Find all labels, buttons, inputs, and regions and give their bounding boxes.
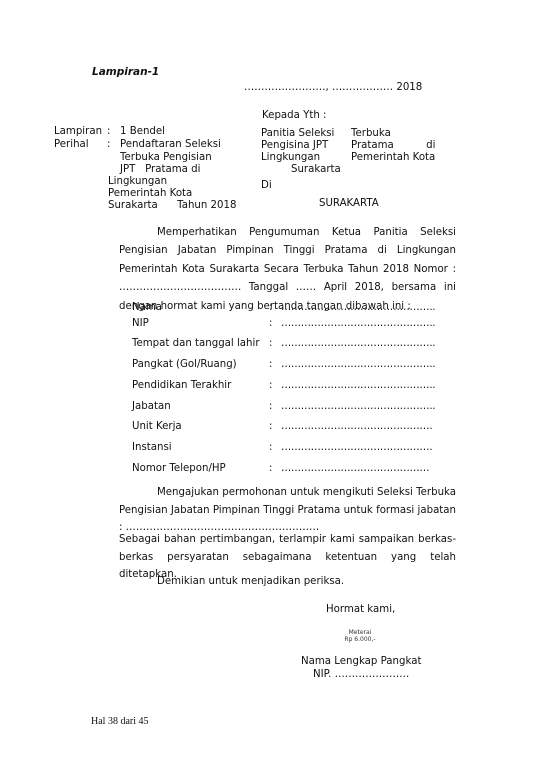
recipient-line: Pemerintah Kota xyxy=(351,152,435,163)
field-value: ……………………………………….. xyxy=(281,318,435,329)
body-paragraph-4: Demikian untuk menjadikan periksa. xyxy=(157,576,344,587)
field-value: ………………………………………. xyxy=(281,442,432,453)
signer-name: Nama Lengkap Pangkat xyxy=(301,656,421,667)
signer-nip: NIP. …………………. xyxy=(313,669,409,680)
field-colon: : xyxy=(269,463,272,474)
field-value: ………………………………………. xyxy=(281,421,432,432)
lampiran-label: Lampiran xyxy=(54,126,102,137)
recipient-line: Panitia Seleksi xyxy=(261,128,334,139)
recipient-line: Terbuka xyxy=(351,128,391,139)
lampiran-colon: : xyxy=(107,126,110,137)
meterai-amount: Rp 6.000,- xyxy=(340,636,380,643)
kepada-yth: Kepada Yth : xyxy=(262,110,326,121)
field-nama: Nama : ……………………………………….. xyxy=(132,302,432,316)
perihal-line: Surakarta Tahun 2018 xyxy=(108,200,237,211)
field-value: ……………………………………… xyxy=(281,463,429,474)
recipient-di: Di xyxy=(261,180,272,191)
document-title: Lampiran-1 xyxy=(92,66,159,78)
field-label: Pendidikan Terakhir xyxy=(132,380,231,391)
field-label: Nama xyxy=(132,302,162,313)
field-label: Unit Kerja xyxy=(132,421,182,432)
recipient-line: Lingkungan xyxy=(261,152,320,163)
perihal-line: Lingkungan xyxy=(108,176,167,187)
field-label: Jabatan xyxy=(132,401,171,412)
body-paragraph-2: Mengajukan permohonan untuk mengikuti Se… xyxy=(119,484,456,537)
perihal-line: Pemerintah Kota xyxy=(108,188,192,199)
recipient-line: Pengisina JPT xyxy=(261,140,328,151)
field-value: ……………………………………….. xyxy=(281,302,435,313)
field-colon: : xyxy=(269,442,272,453)
field-label: NIP xyxy=(132,318,149,329)
field-label: Instansi xyxy=(132,442,172,453)
field-tempat-tanggal-lahir: Tempat dan tanggal lahir : …………………………………… xyxy=(132,338,432,352)
meterai-label: Meterai xyxy=(340,629,380,636)
field-colon: : xyxy=(269,302,272,313)
recipient-line: Surakarta xyxy=(291,164,341,175)
perihal-colon: : xyxy=(107,139,110,150)
field-value: ……………………………………….. xyxy=(281,359,435,370)
field-value: ……………………………………….. xyxy=(281,401,435,412)
field-colon: : xyxy=(269,359,272,370)
field-colon: : xyxy=(269,380,272,391)
perihal-label: Perihal xyxy=(54,139,89,150)
field-label: Tempat dan tanggal lahir xyxy=(132,338,260,349)
field-pendidikan: Pendidikan Terakhir : ……………………………………….. xyxy=(132,380,432,394)
field-nomor-telepon: Nomor Telepon/HP : ……………………………………… xyxy=(132,463,432,477)
field-value: ……………………………………….. xyxy=(281,338,435,349)
field-pangkat: Pangkat (Gol/Ruang) : ……………………………………….. xyxy=(132,359,432,373)
field-colon: : xyxy=(269,401,272,412)
field-label: Pangkat (Gol/Ruang) xyxy=(132,359,237,370)
lampiran-value: 1 Bendel xyxy=(120,126,165,137)
field-value: ……………………………………….. xyxy=(281,380,435,391)
meterai-stamp: Meterai Rp 6.000,- xyxy=(340,629,380,643)
field-unit-kerja: Unit Kerja : ………………………………………. xyxy=(132,421,432,435)
perihal-line: Pendaftaran Seleksi xyxy=(120,139,221,150)
field-colon: : xyxy=(269,421,272,432)
date-line: ……………………, ……………… 2018 xyxy=(244,82,422,93)
field-colon: : xyxy=(269,338,272,349)
field-nip: NIP : ……………………………………….. xyxy=(132,318,432,332)
page-number: Hal 38 dari 45 xyxy=(91,716,149,727)
recipient-line: Pratama di xyxy=(351,140,435,151)
field-colon: : xyxy=(269,318,272,329)
recipient-city: SURAKARTA xyxy=(319,198,379,209)
field-instansi: Instansi : ………………………………………. xyxy=(132,442,432,456)
field-jabatan: Jabatan : ……………………………………….. xyxy=(132,401,432,415)
perihal-line: Terbuka Pengisian xyxy=(120,152,212,163)
closing-text: Hormat kami, xyxy=(326,604,395,615)
field-label: Nomor Telepon/HP xyxy=(132,463,226,474)
perihal-line: JPT Pratama di xyxy=(120,164,200,175)
